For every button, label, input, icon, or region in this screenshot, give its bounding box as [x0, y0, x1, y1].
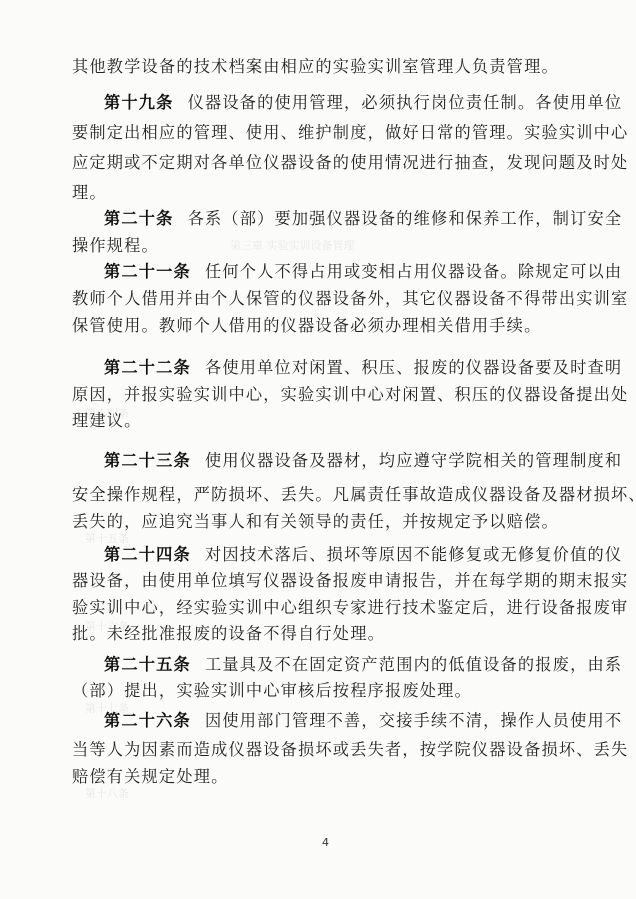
line-text: 批。未经批准报废的设备不得自行处理。: [72, 624, 385, 643]
article-19-first-line: 第十九条仪器设备的使用管理，必须执行岗位责任制。各使用单位: [104, 93, 622, 113]
text-line: 应定期或不定期对各单位仪器设备的使用情况进行抽查，发现问题及时处: [72, 153, 628, 173]
text-line: 批。未经批准报废的设备不得自行处理。: [72, 624, 385, 644]
article-heading: 第二十条: [104, 209, 174, 228]
line-text: （部）提出，实验实训中心审核后按程序报废处理。: [72, 681, 472, 700]
line-text: 器设备，由使用单位填写仪器设备报废申请报告，并在每学期的期末报实: [72, 571, 628, 590]
text-line: 理。: [72, 183, 107, 203]
text-line: 验实训中心，经实验实训中心组织专家进行技术鉴定后，进行设备报废审: [72, 598, 628, 618]
article-22-first-line: 第二十二条各使用单位对闲置、积压、报废的仪器设备要及时查明: [104, 358, 622, 378]
line-text: 工量具及不在固定资产范围内的低值设备的报废，由系: [205, 655, 622, 674]
line-text: 其他教学设备的技术档案由相应的实验实训室管理人负责管理。: [72, 57, 559, 76]
line-text: 验实训中心，经实验实训中心组织专家进行技术鉴定后，进行设备报废审: [72, 598, 628, 617]
line-text: 要制定出相应的管理、使用、维护制度，做好日常的管理。实验实训中心: [72, 123, 628, 142]
article-25-first-line: 第二十五条工量具及不在固定资产范围内的低值设备的报废，由系: [104, 655, 622, 675]
line-text: 任何个人不得占用或变相占用仪器设备。除规定可以由: [205, 262, 622, 281]
scanned-document-page: 第三章 实验实训设备管理 第十四条 第十五条 第十六条 第十七条 第十八条 其他…: [0, 0, 636, 899]
page-number: 4: [322, 836, 329, 849]
line-text: 应定期或不定期对各单位仪器设备的使用情况进行抽查，发现问题及时处: [72, 153, 628, 172]
text-line: 器设备，由使用单位填写仪器设备报废申请报告，并在每学期的期末报实: [72, 571, 628, 591]
text-line: 赔偿有关规定处理。: [72, 767, 229, 787]
article-21-first-line: 第二十一条任何个人不得占用或变相占用仪器设备。除规定可以由: [104, 262, 622, 282]
line-text: 仪器设备的使用管理，必须执行岗位责任制。各使用单位: [188, 93, 623, 112]
article-heading: 第二十五条: [104, 655, 191, 674]
article-heading: 第二十三条: [104, 451, 191, 470]
article-26-first-line: 第二十六条因使用部门管理不善，交接手续不清，操作人员使用不: [104, 711, 622, 731]
line-text: 各使用单位对闲置、积压、报废的仪器设备要及时查明: [205, 358, 622, 377]
line-text: 各系（部）要加强仪器设备的维修和保养工作，制订安全: [188, 209, 623, 228]
bleed-through-text: 第十八条: [85, 785, 129, 801]
article-20-first-line: 第二十条各系（部）要加强仪器设备的维修和保养工作，制订安全: [104, 209, 622, 229]
text-line: 当等人为因素而造成仪器设备损坏或丢失者，按学院仪器设备损坏、丢失: [72, 740, 628, 760]
line-text: 安全操作规程，严防损坏、丢失。凡属责任事故造成仪器设备及器材损坏、: [72, 485, 636, 504]
bleed-through-heading: 第三章 实验实训设备管理: [230, 237, 355, 253]
text-line: 安全操作规程，严防损坏、丢失。凡属责任事故造成仪器设备及器材损坏、: [72, 485, 636, 505]
line-text: 对因技术落后、损坏等原因不能修复或无修复价值的仪: [205, 545, 622, 564]
line-text: 操作规程。: [72, 236, 159, 255]
line-text: 使用仪器设备及器材，均应遵守学院相关的管理制度和: [205, 451, 622, 470]
article-heading: 第二十一条: [104, 262, 191, 281]
article-heading: 第二十六条: [104, 711, 191, 730]
bleed-through-text: 第十五条: [85, 530, 129, 546]
text-line: 操作规程。: [72, 236, 159, 256]
text-line: 教师个人借用并由个人保管的仪器设备外，其它仪器设备不得带出实训室: [72, 289, 628, 309]
line-text: 当等人为因素而造成仪器设备损坏或丢失者，按学院仪器设备损坏、丢失: [72, 740, 628, 759]
article-heading: 第二十二条: [104, 358, 191, 377]
line-text: 因使用部门管理不善，交接手续不清，操作人员使用不: [205, 711, 622, 730]
text-line: 要制定出相应的管理、使用、维护制度，做好日常的管理。实验实训中心: [72, 123, 628, 143]
article-heading: 第十九条: [104, 93, 174, 112]
text-line: 原因，并报实验实训中心，实验实训中心对闲置、积压的仪器设备提出处: [72, 385, 628, 405]
line-text: 原因，并报实验实训中心，实验实训中心对闲置、积压的仪器设备提出处: [72, 385, 628, 404]
line-text: 理。: [72, 183, 107, 202]
text-line: 其他教学设备的技术档案由相应的实验实训室管理人负责管理。: [72, 57, 559, 77]
article-24-first-line: 第二十四条对因技术落后、损坏等原因不能修复或无修复价值的仪: [104, 545, 622, 565]
line-text: 保管使用。教师个人借用的仪器设备必须办理相关借用手续。: [72, 316, 541, 335]
text-line: 保管使用。教师个人借用的仪器设备必须办理相关借用手续。: [72, 316, 541, 336]
text-line: （部）提出，实验实训中心审核后按程序报废处理。: [72, 681, 472, 701]
article-23-first-line: 第二十三条使用仪器设备及器材，均应遵守学院相关的管理制度和: [104, 451, 622, 471]
line-text: 理建议。: [72, 411, 142, 430]
line-text: 赔偿有关规定处理。: [72, 767, 229, 786]
text-line: 丢失的，应追究当事人和有关领导的责任，并按规定予以赔偿。: [72, 512, 559, 532]
line-text: 丢失的，应追究当事人和有关领导的责任，并按规定予以赔偿。: [72, 512, 559, 531]
line-text: 教师个人借用并由个人保管的仪器设备外，其它仪器设备不得带出实训室: [72, 289, 628, 308]
text-line: 理建议。: [72, 411, 142, 431]
article-heading: 第二十四条: [104, 545, 191, 564]
